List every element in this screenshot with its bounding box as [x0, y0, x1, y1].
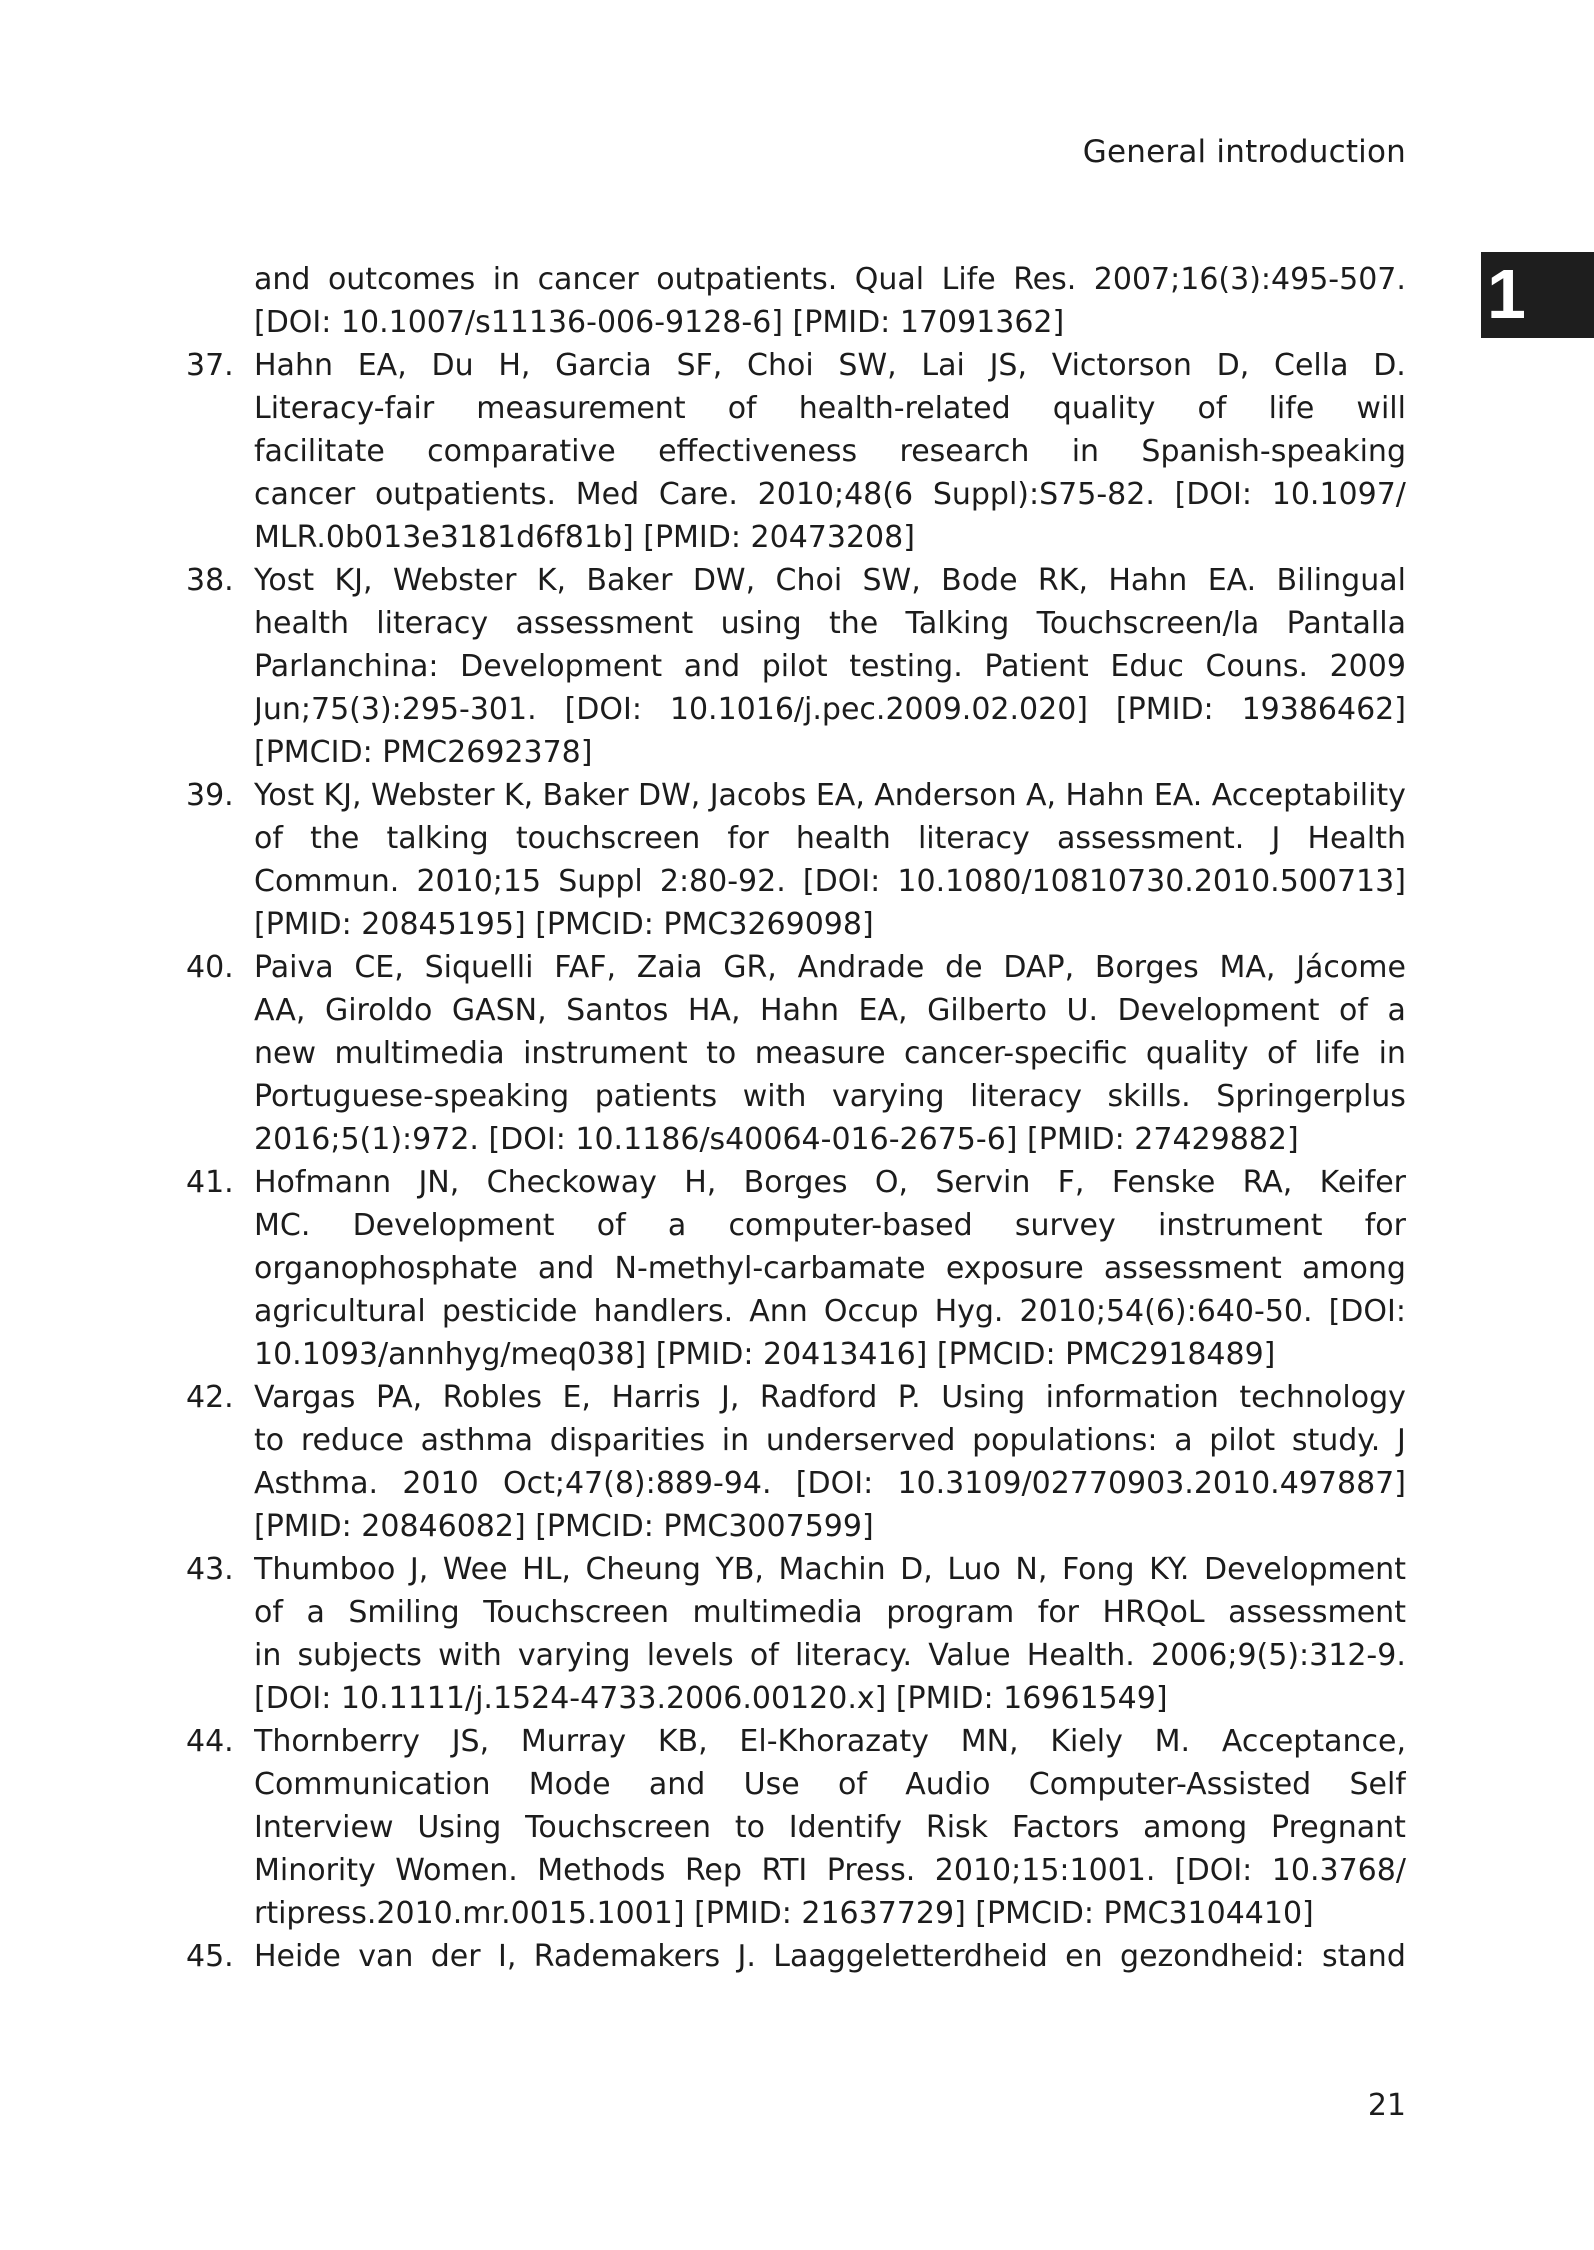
reference-line: [PMID: 20846082] [PMCID: PMC3007599] — [254, 1505, 1406, 1548]
reference-item: 41.HofmannJN,CheckowayH,BorgesO,ServinF,… — [186, 1161, 1406, 1376]
reference-line: ofthetalkingtouchscreenforhealthliteracy… — [254, 817, 1406, 860]
reference-item: 44.ThornberryJS,MurrayKB,El-KhorazatyMN,… — [186, 1720, 1406, 1935]
reference-line: andoutcomesincanceroutpatients.QualLifeR… — [254, 258, 1406, 301]
reference-item: 45.HeidevanderI,RademakersJ.Laaggeletter… — [186, 1935, 1406, 1978]
reference-number: 37. — [186, 344, 234, 387]
reference-line: Literacy-fairmeasurementofhealth-related… — [254, 387, 1406, 430]
reference-number: 41. — [186, 1161, 234, 1204]
reference-line: YostKJ,WebsterK,BakerDW,ChoiSW,BodeRK,Ha… — [254, 559, 1406, 602]
reference-line: ThornberryJS,MurrayKB,El-KhorazatyMN,Kie… — [254, 1720, 1406, 1763]
chapter-tab: 1 — [1481, 252, 1594, 338]
reference-line: facilitatecomparativeeffectivenessresear… — [254, 430, 1406, 473]
reference-line: toreduceasthmadisparitiesinunderservedpo… — [254, 1419, 1406, 1462]
reference-line: MC.Developmentofacomputer-basedsurveyins… — [254, 1204, 1406, 1247]
reference-item: andoutcomesincanceroutpatients.QualLifeR… — [186, 258, 1406, 344]
reference-line: [DOI: 10.1111/j.1524-4733.2006.00120.x] … — [254, 1677, 1406, 1720]
reference-line: MinorityWomen.MethodsRepRTIPress.2010;15… — [254, 1849, 1406, 1892]
reference-item: 39.YostKJ,WebsterK,BakerDW,JacobsEA,Ande… — [186, 774, 1406, 946]
reference-line: AA,GiroldoGASN,SantosHA,HahnEA,GilbertoU… — [254, 989, 1406, 1032]
reference-item: 37.HahnEA,DuH,GarciaSF,ChoiSW,LaiJS,Vict… — [186, 344, 1406, 559]
reference-item: 40.PaivaCE,SiquelliFAF,ZaiaGR,AndradedeD… — [186, 946, 1406, 1161]
reference-item: 42.VargasPA,RoblesE,HarrisJ,RadfordP.Usi… — [186, 1376, 1406, 1548]
reference-line: ofaSmilingTouchscreenmultimediaprogramfo… — [254, 1591, 1406, 1634]
reference-line: InterviewUsingTouchscreentoIdentifyRiskF… — [254, 1806, 1406, 1849]
reference-line: canceroutpatients.MedCare.2010;48(6Suppl… — [254, 473, 1406, 516]
page-number: 21 — [1368, 2088, 1406, 2123]
reference-line: [PMID: 20845195] [PMCID: PMC3269098] — [254, 903, 1406, 946]
reference-line: agriculturalpesticidehandlers.AnnOccupHy… — [254, 1290, 1406, 1333]
reference-number: 45. — [186, 1935, 234, 1978]
reference-line: HofmannJN,CheckowayH,BorgesO,ServinF,Fen… — [254, 1161, 1406, 1204]
reference-number: 40. — [186, 946, 234, 989]
reference-line: newmultimediainstrumenttomeasurecancer-s… — [254, 1032, 1406, 1075]
reference-line: rtipress.2010.mr.0015.1001] [PMID: 21637… — [254, 1892, 1406, 1935]
reference-line: VargasPA,RoblesE,HarrisJ,RadfordP.Usingi… — [254, 1376, 1406, 1419]
running-header: General introduction — [1083, 134, 1406, 170]
reference-line: insubjectswithvaryinglevelsofliteracy.Va… — [254, 1634, 1406, 1677]
reference-line: [DOI: 10.1007/s11136-006-9128-6] [PMID: … — [254, 301, 1406, 344]
reference-list: andoutcomesincanceroutpatients.QualLifeR… — [186, 258, 1406, 1978]
reference-line: MLR.0b013e3181d6f81b] [PMID: 20473208] — [254, 516, 1406, 559]
reference-item: 38.YostKJ,WebsterK,BakerDW,ChoiSW,BodeRK… — [186, 559, 1406, 774]
reference-line: HahnEA,DuH,GarciaSF,ChoiSW,LaiJS,Victors… — [254, 344, 1406, 387]
reference-line: ThumbooJ,WeeHL,CheungYB,MachinD,LuoN,Fon… — [254, 1548, 1406, 1591]
reference-line: Commun.2010;15Suppl2:80-92.[DOI:10.1080/… — [254, 860, 1406, 903]
reference-line: [PMCID: PMC2692378] — [254, 731, 1406, 774]
reference-number: 38. — [186, 559, 234, 602]
reference-number: 42. — [186, 1376, 234, 1419]
reference-line: HeidevanderI,RademakersJ.Laaggeletterdhe… — [254, 1935, 1406, 1978]
reference-line: Jun;75(3):295-301.[DOI:10.1016/j.pec.200… — [254, 688, 1406, 731]
reference-line: Portuguese-speakingpatientswithvaryingli… — [254, 1075, 1406, 1118]
reference-number: 39. — [186, 774, 234, 817]
reference-line: PaivaCE,SiquelliFAF,ZaiaGR,AndradedeDAP,… — [254, 946, 1406, 989]
reference-line: healthliteracyassessmentusingtheTalkingT… — [254, 602, 1406, 645]
reference-line: 10.1093/annhyg/meq038] [PMID: 20413416] … — [254, 1333, 1406, 1376]
reference-number: 44. — [186, 1720, 234, 1763]
reference-number: 43. — [186, 1548, 234, 1591]
chapter-number: 1 — [1487, 254, 1526, 334]
reference-line: 2016;5(1):972. [DOI: 10.1186/s40064-016-… — [254, 1118, 1406, 1161]
reference-line: CommunicationModeandUseofAudioComputer-A… — [254, 1763, 1406, 1806]
reference-line: organophosphateandN-methyl-carbamateexpo… — [254, 1247, 1406, 1290]
reference-line: Asthma.2010Oct;47(8):889-94.[DOI:10.3109… — [254, 1462, 1406, 1505]
reference-line: Parlanchina:Developmentandpilottesting.P… — [254, 645, 1406, 688]
reference-item: 43.ThumbooJ,WeeHL,CheungYB,MachinD,LuoN,… — [186, 1548, 1406, 1720]
reference-line: YostKJ,WebsterK,BakerDW,JacobsEA,Anderso… — [254, 774, 1406, 817]
